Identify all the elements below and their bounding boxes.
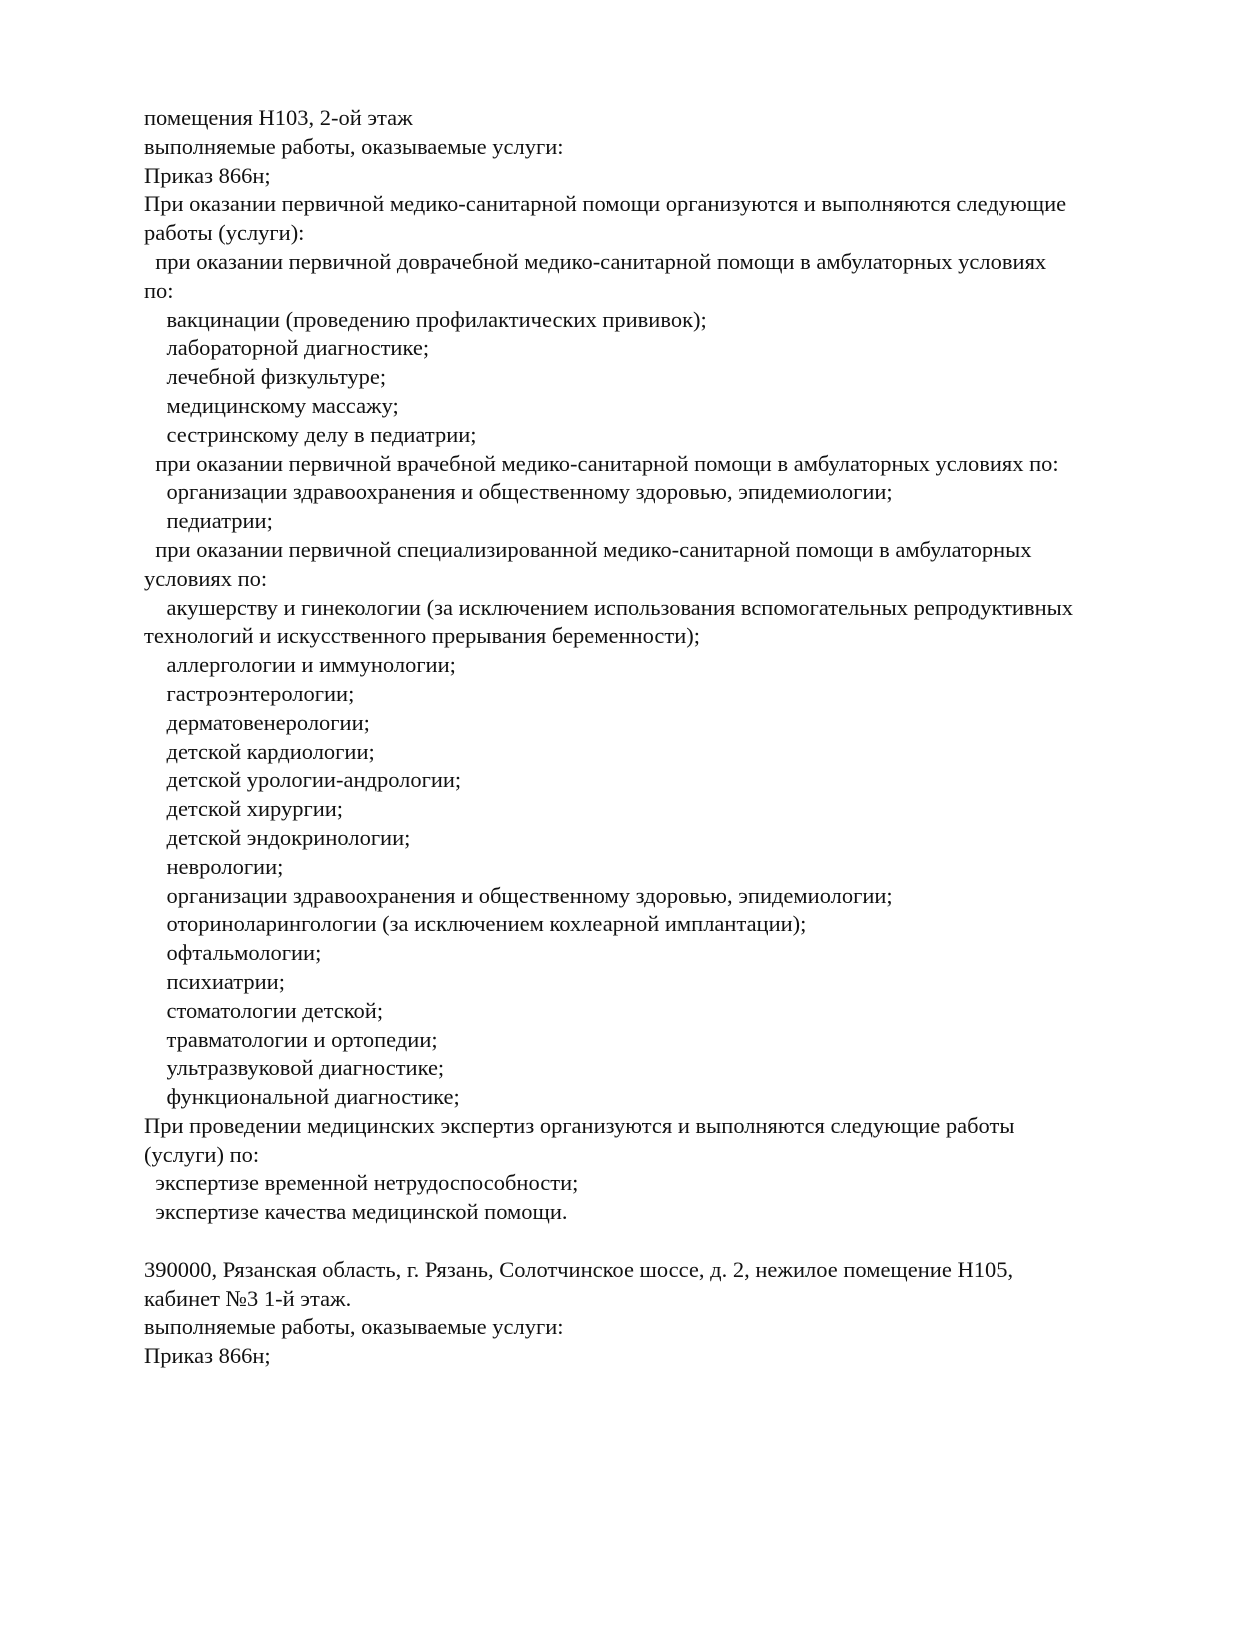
text-line: выполняемые работы, оказываемые услуги: xyxy=(144,133,1144,162)
text-line: При оказании первичной медико-санитарной… xyxy=(144,190,1144,219)
text-line: неврологии; xyxy=(144,853,1144,882)
text-line: по: xyxy=(144,277,1144,306)
text-line: лабораторной диагностике; xyxy=(144,334,1144,363)
text-line: условиях по: xyxy=(144,565,1144,594)
text-line: функциональной диагностике; xyxy=(144,1083,1144,1112)
text-line: выполняемые работы, оказываемые услуги: xyxy=(144,1313,1144,1342)
text-line: травматологии и ортопедии; xyxy=(144,1026,1144,1055)
text-line: организации здравоохранения и общественн… xyxy=(144,882,1144,911)
text-line: при оказании первичной врачебной медико-… xyxy=(144,450,1144,479)
text-line: экспертизе качества медицинской помощи. xyxy=(144,1198,1144,1227)
text-line: медицинскому массажу; xyxy=(144,392,1144,421)
text-line: при оказании первичной доврачебной медик… xyxy=(144,248,1144,277)
text-line: детской эндокринологии; xyxy=(144,824,1144,853)
text-line: помещения Н103, 2-ой этаж xyxy=(144,104,1144,133)
text-line: детской хирургии; xyxy=(144,795,1144,824)
document-page: помещения Н103, 2-ой этажвыполняемые раб… xyxy=(144,104,1144,1371)
text-line: стоматологии детской; xyxy=(144,997,1144,1026)
text-line: сестринскому делу в педиатрии; xyxy=(144,421,1144,450)
text-line: экспертизе временной нетрудоспособности; xyxy=(144,1169,1144,1198)
text-line: дерматовенерологии; xyxy=(144,709,1144,738)
text-line: ультразвуковой диагностике; xyxy=(144,1054,1144,1083)
text-line: Приказ 866н; xyxy=(144,162,1144,191)
text-line: при оказании первичной специализированно… xyxy=(144,536,1144,565)
text-line: детской урологии-андрологии; xyxy=(144,766,1144,795)
text-line: лечебной физкультуре; xyxy=(144,363,1144,392)
text-line: При проведении медицинских экспертиз орг… xyxy=(144,1112,1144,1141)
text-line: (услуги) по: xyxy=(144,1141,1144,1170)
text-line: Приказ 866н; xyxy=(144,1342,1144,1371)
text-line: работы (услуги): xyxy=(144,219,1144,248)
text-line: оториноларингологии (за исключением кохл… xyxy=(144,910,1144,939)
text-line: кабинет №3 1-й этаж. xyxy=(144,1285,1144,1314)
text-line: вакцинации (проведению профилактических … xyxy=(144,306,1144,335)
text-line: организации здравоохранения и общественн… xyxy=(144,478,1144,507)
blank-line xyxy=(144,1227,1144,1256)
text-line: технологий и искусственного прерывания б… xyxy=(144,622,1144,651)
text-line: психиатрии; xyxy=(144,968,1144,997)
text-line: офтальмологии; xyxy=(144,939,1144,968)
text-line: детской кардиологии; xyxy=(144,738,1144,767)
text-line: аллергологии и иммунологии; xyxy=(144,651,1144,680)
text-line: 390000, Рязанская область, г. Рязань, Со… xyxy=(144,1256,1144,1285)
text-line: гастроэнтерологии; xyxy=(144,680,1144,709)
text-line: педиатрии; xyxy=(144,507,1144,536)
text-line: акушерству и гинекологии (за исключением… xyxy=(144,594,1144,623)
